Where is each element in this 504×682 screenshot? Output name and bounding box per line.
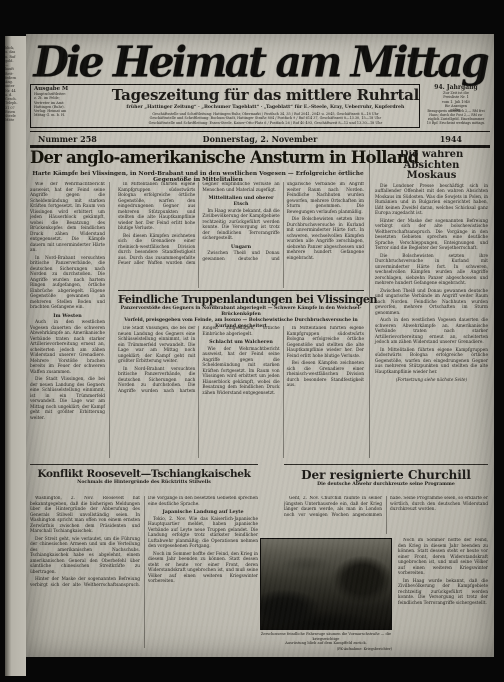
- dateline-row: Nummer 258 Donnerstag, 2. November 1944: [30, 131, 490, 144]
- churchill-deck: Die deutsche Abwehr durchkreuzte seine P…: [284, 482, 488, 488]
- photo-caption: Zerschossene feindliche Fahrzeuge säumen…: [260, 632, 392, 651]
- newspaper-page: Die Heimat am Mittag Ausgabe M Hauptschr…: [26, 34, 494, 657]
- subhead-walcheren: Schlacht um Walcheren: [202, 339, 279, 345]
- vlissingen-columns: Die Stadt Vlissingen, die bei der neuen …: [118, 326, 364, 458]
- scan-background: blick,u. dasn. Rufgold.—kauftBett-federn…: [0, 0, 504, 682]
- moscow-column: Die wahren Absichten Moskaus Die Londone…: [369, 150, 488, 458]
- vlissingen-headline: Feindliche Truppenlandungen bei Vlissing…: [118, 293, 364, 306]
- vlissingen-story-header: Feindliche Truppenlandungen bei Vlissing…: [118, 290, 364, 330]
- volume-block: 94. Jahrgang Zur Zeit ist diePreisliste …: [424, 84, 488, 112]
- churchill-headline: Der resignierte Churchill: [284, 468, 488, 482]
- subhead-west: Im Westen: [30, 313, 105, 319]
- roosevelt-story-header: Konflikt Roosevelt—Tschiangkaischek Noch…: [30, 464, 258, 486]
- continued-note: (Fortsetzung siehe nächste Seite): [375, 377, 488, 382]
- subscription-lines: Bezugspreis monatlich 2,— RM freiHaus; d…: [424, 109, 488, 125]
- masthead-center: Tageszeitung für das mittlere Ruhrtal fr…: [112, 85, 419, 127]
- war-photo: [260, 538, 392, 630]
- churchill-story-header: Der resignierte Churchill Die deutsche A…: [284, 464, 488, 488]
- photo-caption-line1: Zerschossene feindliche Fahrzeuge säumen…: [260, 632, 392, 641]
- masthead-box: Ausgabe M Hauptschriftleiter:z. Zt. im F…: [30, 84, 420, 128]
- publisher-lines: Hauptschriftleiter:z. Zt. im Felde;Vertr…: [34, 92, 109, 118]
- photo-caption-line2: Ausrüstung blieb auf dem Kampffeld zurüc…: [260, 641, 392, 646]
- volume-label: 94. Jahrgang: [424, 84, 488, 91]
- newspaper-subtitle: Tageszeitung für das mittlere Ruhrtal: [112, 86, 419, 104]
- edition-block: Ausgabe M Hauptschriftleiter:z. Zt. im F…: [31, 85, 112, 127]
- issue-date: Donnerstag, 2. November: [30, 134, 490, 144]
- churchill-continuation: Noch im Sommer hoffte der Feind, den Kri…: [398, 538, 488, 650]
- newspaper-title: Die Heimat am Mittag: [26, 38, 494, 87]
- photo-credit: (PK-Aufnahme: Kriegsberichter): [260, 647, 392, 651]
- subhead-hungary: Ungarn: [202, 244, 279, 250]
- adjacent-page-edge: blick,u. dasn. Rufgold.—kauftBett-federn…: [5, 36, 26, 676]
- lead-column-1: Wie der Wehrmachtbericht ausweist, hat d…: [30, 182, 110, 458]
- lead-headline: Der anglo-amerikanische Ansturm in Holla…: [30, 150, 366, 167]
- roosevelt-headline: Konflikt Roosevelt—Tschiangkaischek: [30, 468, 258, 480]
- roosevelt-deck: Nochmals die Hintergründe des Rücktritts…: [30, 480, 258, 486]
- moscow-headline: Die wahren Absichten Moskaus: [375, 150, 488, 182]
- lead-columns-2-4: In Mittelitalien führten eigene Kampfgru…: [118, 182, 364, 288]
- subhead-italy: Mittelitalien und oberer Etsch: [202, 195, 279, 207]
- japan-landing-headline: Japanische Landung auf Leyte: [148, 509, 258, 515]
- former-titles-line: früher „Hattinger Zeitung“ · „Bochumer T…: [112, 105, 419, 110]
- churchill-columns: Genf, 2. Nov. Churchill räumte in seiner…: [284, 496, 488, 534]
- office-address-lines: Geschäftsstelle und Schriftleitung: Hatt…: [112, 112, 419, 125]
- roosevelt-columns: Washington, 2. Nov. Roosevelt hat bekann…: [30, 496, 258, 648]
- vlissingen-deck-1: Panzervorstöße des Gegners in Nordbraban…: [118, 306, 364, 318]
